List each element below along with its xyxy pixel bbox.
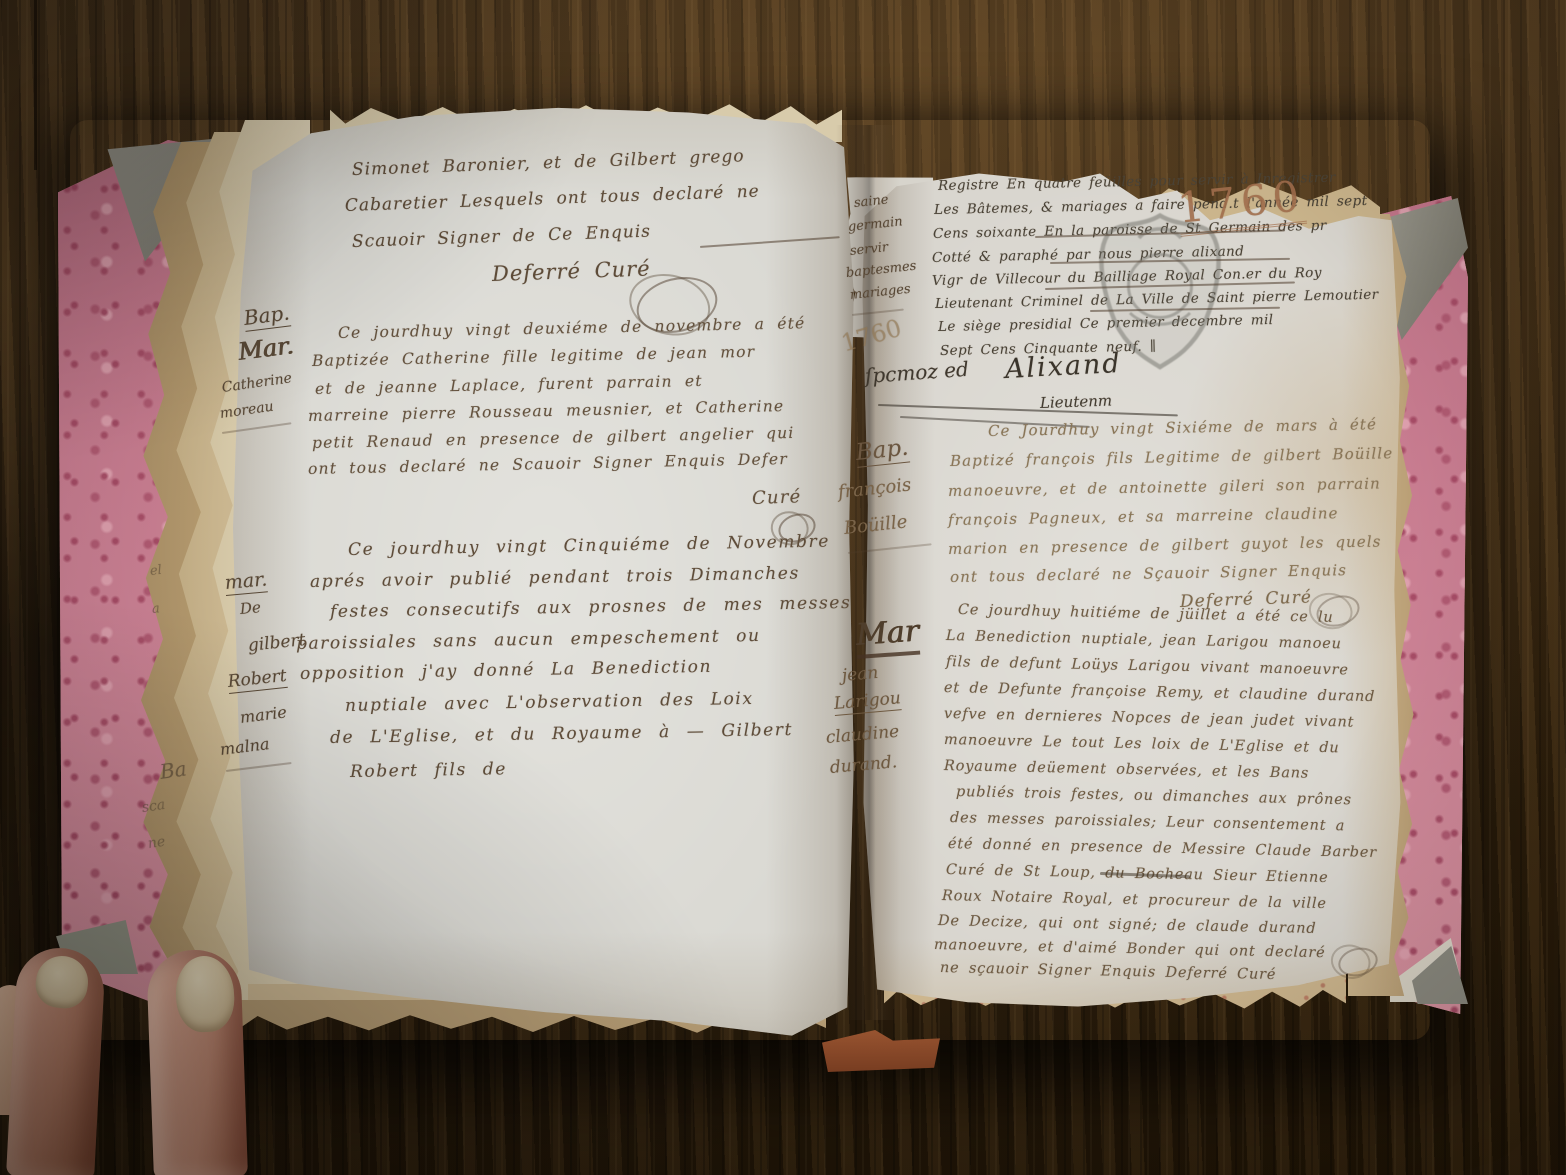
manuscript-line: Ce Jourdhuy vingt Sixiéme de mars à été — [988, 415, 1377, 440]
edge-fragment: ne — [147, 834, 166, 852]
edge-fragment: a — [151, 601, 160, 617]
margin-label: mar. — [224, 568, 268, 596]
gutter-margin-word: servir — [849, 240, 889, 259]
margin-label: Bap. — [855, 435, 910, 468]
margin-label: marie — [239, 702, 288, 727]
margin-label: De — [239, 598, 261, 618]
gutter-margin-word: mariages — [849, 282, 911, 303]
manuscript-line: nuptiale avec L'observation des Loix — [345, 689, 754, 716]
manuscript-line: de L'Eglise, et du Royaume à — Gilbert — [330, 720, 793, 748]
manuscript-line: manoeuvre Le tout Les loix de L'Eglise e… — [944, 732, 1340, 756]
manuscript-line: Cabaretier Lesquels ont tous declaré ne — [345, 182, 760, 216]
pen-flourish — [226, 762, 292, 772]
margin-label: moreau — [219, 399, 275, 422]
pen-flourish — [848, 543, 932, 554]
margin-label: malna — [219, 734, 271, 759]
manuscript-line: Simonet Baronier, et de Gilbert grego — [352, 146, 745, 180]
manuscript-line: et de Defunte françoise Remy, et claudin… — [944, 680, 1376, 705]
manuscript-line: et de jeanne Laplace, furent parrain et — [315, 372, 703, 398]
edge-fragment: el — [149, 563, 162, 579]
pen-flourish — [222, 422, 292, 434]
manuscript-line: marion en presence de gilbert guyot les … — [948, 532, 1382, 558]
margin-label: Robert — [227, 666, 288, 694]
manuscript-line: Royaume deüement observées, et les Bans — [944, 758, 1309, 782]
manuscript-line: festes consecutifs aux prosnes de mes me… — [330, 593, 852, 622]
margin-label: Boüille — [843, 511, 908, 539]
manuscript-line: Ce jourdhuy vingt Cinquiéme de Novembre — [348, 532, 830, 560]
manuscript-line: La Benediction nuptiale, jean Larigou ma… — [946, 628, 1342, 652]
manuscript-line: publiés trois festes, ou dimanches aux p… — [956, 784, 1352, 808]
paraph-flourish — [1335, 944, 1381, 981]
gutter-margin-word: baptesmes — [845, 259, 917, 281]
manuscript-line: manoeuvre, et de antoinette gileri son p… — [948, 474, 1381, 500]
manuscript-line: marreine pierre Rousseau meusnier, et Ca… — [308, 397, 785, 425]
pen-flourish — [700, 236, 840, 248]
faint-gutter-year: 1760 — [838, 314, 904, 358]
manuscript-line: ont tous declaré ne Scauoir Signer Enqui… — [308, 450, 788, 478]
signature-flourish — [878, 404, 1178, 416]
margin-label: durand. — [829, 752, 898, 778]
edge-fragment: Ba — [158, 756, 188, 783]
manuscript-line: Robert fils de — [350, 759, 507, 782]
manuscript-line: vefve en dernieres Nopces de jean judet … — [944, 706, 1355, 731]
margin-label: Catherine — [221, 370, 293, 396]
margin-label: françois — [837, 474, 912, 503]
manuscript-line: Baptizé françois fils Legitime de gilber… — [950, 444, 1394, 470]
photo-of-parish-register: Simonet Baronier, et de Gilbert grego Ca… — [0, 0, 1566, 1175]
manuscript-line: paroissiales sans aucun empeschement ou — [296, 626, 761, 654]
margin-label: Larigou — [833, 688, 902, 716]
manuscript-line: été donné en presence de Messire Claude … — [948, 836, 1377, 861]
manuscript-line: ont tous declaré ne Sçauoir Signer Enqui… — [950, 561, 1347, 586]
gutter-margin-word: germain — [847, 214, 903, 235]
manuscript-line: des messes paroissiales; Leur consenteme… — [950, 810, 1346, 834]
manuscript-line: fils de defunt Loüys Larigou vivant mano… — [946, 654, 1349, 678]
margin-label: claudine — [825, 722, 900, 748]
edge-fragment: sca — [141, 797, 166, 816]
curate-signature: Curé — [752, 486, 802, 509]
signature-paraph: ſpcmoz ed — [864, 357, 969, 388]
manuscript-line: manoeuvre, et d'aimé Bonder qui ont decl… — [934, 937, 1326, 961]
manuscript-line: petit Renaud en presence de gilbert ange… — [312, 424, 795, 452]
margin-label: jean — [841, 663, 879, 686]
margin-label: Mar. — [236, 331, 294, 366]
manuscript-line: Scauoir Signer de Ce Enquis — [352, 222, 652, 252]
manuscript-line: De Decize, qui ont signé; de claude dura… — [938, 913, 1317, 937]
margin-label: Mar — [855, 614, 921, 659]
manuscript-line: aprés avoir publié pendant trois Dimanch… — [310, 563, 800, 592]
gutter-margin-word: saine — [853, 192, 889, 211]
manuscript-line: ne sçauoir Signer Enquis Deferré Curé — [940, 960, 1277, 983]
signature-title: Lieutenm — [1040, 391, 1113, 412]
manuscript-line: Baptizée Catherine fille legitime de jea… — [312, 343, 756, 370]
signature-name: Alixand — [1004, 348, 1122, 385]
manuscript-line: Roux Notaire Royal, et procureur de la v… — [942, 888, 1327, 912]
manuscript-line: Ce jourdhuy vingt deuxiéme de novembre a… — [338, 314, 806, 342]
manuscript-line: opposition j'ay donné La Benediction — [300, 657, 712, 684]
curate-signature: Deferré Curé — [492, 256, 651, 286]
margin-label: Bap. — [242, 301, 291, 332]
manuscript-line: françois Pagneux, et sa marreine claudin… — [948, 504, 1339, 529]
